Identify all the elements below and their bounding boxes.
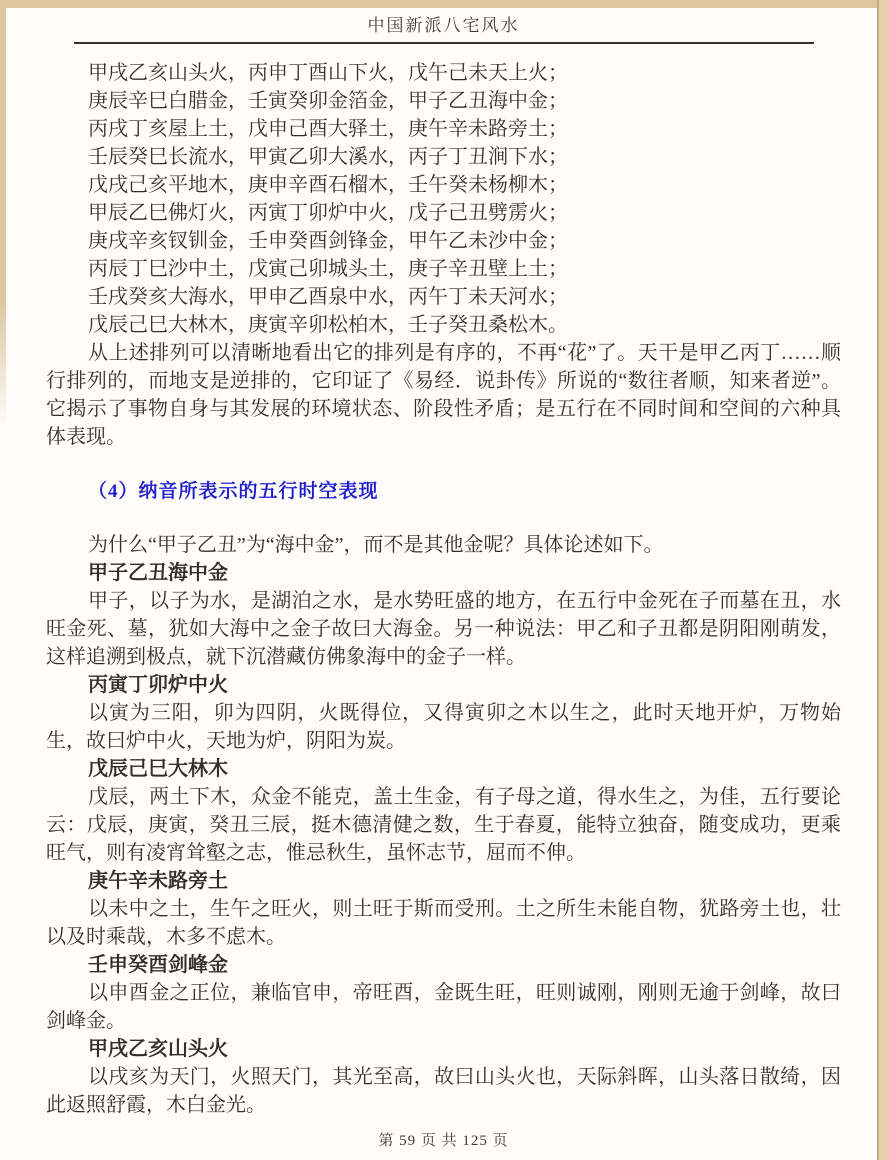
entry-title: 庚午辛未路旁土 bbox=[46, 867, 841, 895]
header-rule bbox=[74, 42, 814, 44]
page-number: 第 59 页 共 125 页 bbox=[378, 1133, 508, 1149]
entry-title: 戊辰己巳大林木 bbox=[46, 755, 841, 783]
nayin-line: 庚戌辛亥钗钏金，壬申癸酉剑锋金，甲午乙未沙中金； bbox=[46, 227, 841, 255]
nayin-line: 丙戌丁亥屋上土，戊申己酉大驿土，庚午辛未路旁土； bbox=[46, 115, 841, 143]
entry-body: 戊辰，两土下木，众金不能克，盖土生金，有子母之道，得水生之，为佳，五行要论云：戊… bbox=[46, 783, 841, 867]
nayin-line: 壬戌癸亥大海水，甲申乙酉泉中水，丙午丁未天河水； bbox=[46, 283, 841, 311]
entry-title: 壬申癸酉剑峰金 bbox=[46, 951, 841, 979]
book-title: 中国新派八宅风水 bbox=[368, 16, 520, 35]
nayin-line: 丙辰丁巳沙中土，戊寅己卯城头土，庚子辛丑壁上土； bbox=[46, 255, 841, 283]
nayin-line: 戊戌己亥平地木，庚申辛酉石榴木，壬午癸未杨柳木； bbox=[46, 171, 841, 199]
entry-body: 以戌亥为天门，火照天门，其光至高，故曰山头火也，天际斜晖，山头落日散绮，因此返照… bbox=[46, 1063, 841, 1119]
entry-body: 以未中之土，生午之旺火，则土旺于斯而受刑。土之所生未能自物，犹路旁土也，壮以及时… bbox=[46, 895, 841, 951]
scan-edge-right bbox=[877, 0, 887, 1160]
section-heading: （4）纳音所表示的五行时空表现 bbox=[46, 478, 841, 506]
entry-title: 丙寅丁卯炉中火 bbox=[46, 671, 841, 699]
entry-title: 甲子乙丑海中金 bbox=[46, 559, 841, 587]
nayin-line: 甲辰乙巳佛灯火，丙寅丁卯炉中火，戊子己丑劈雳火； bbox=[46, 199, 841, 227]
entry-title: 甲戌乙亥山头火 bbox=[46, 1035, 841, 1063]
nayin-line: 庚辰辛巳白腊金，壬寅癸卯金箔金，甲子乙丑海中金； bbox=[46, 87, 841, 115]
nayin-line: 甲戌乙亥山头火，丙申丁酉山下火，戊午己未天上火； bbox=[46, 59, 841, 87]
scan-edge-top bbox=[0, 0, 887, 8]
page-content: 甲戌乙亥山头火，丙申丁酉山下火，戊午己未天上火； 庚辰辛巳白腊金，壬寅癸卯金箔金… bbox=[46, 59, 841, 1119]
nayin-line: 戊辰己巳大林木，庚寅辛卯松柏木，壬子癸丑桑松木。 bbox=[46, 311, 841, 339]
section-intro: 为什么“甲子乙丑”为“海中金”，而不是其他金呢？具体论述如下。 bbox=[46, 531, 841, 559]
entry-body: 以申酉金之正位，兼临官申，帝旺酉，金既生旺，旺则诚刚，刚则无逾于剑峰，故曰剑峰金… bbox=[46, 979, 841, 1035]
page-footer: 第 59 页 共 125 页 bbox=[0, 1129, 887, 1150]
scanned-document-page: 中国新派八宅风水 甲戌乙亥山头火，丙申丁酉山下火，戊午己未天上火； 庚辰辛巳白腊… bbox=[0, 0, 887, 1160]
scan-edge-left bbox=[0, 0, 6, 430]
nayin-line: 壬辰癸巳长流水，甲寅乙卯大溪水，丙子丁丑涧下水； bbox=[46, 143, 841, 171]
entry-body: 以寅为三阳，卯为四阴，火既得位，又得寅卯之木以生之，此时天地开炉，万物始生，故曰… bbox=[46, 699, 841, 755]
entry-body: 甲子，以子为水，是湖泊之水，是水势旺盛的地方，在五行中金死在子而墓在丑，水旺金死… bbox=[46, 587, 841, 671]
nayin-list: 甲戌乙亥山头火，丙申丁酉山下火，戊午己未天上火； 庚辰辛巳白腊金，壬寅癸卯金箔金… bbox=[46, 59, 841, 339]
summary-paragraph: 从上述排列可以清晰地看出它的排列是有序的，不再“花”了。天干是甲乙丙丁……顺行排… bbox=[46, 339, 841, 451]
